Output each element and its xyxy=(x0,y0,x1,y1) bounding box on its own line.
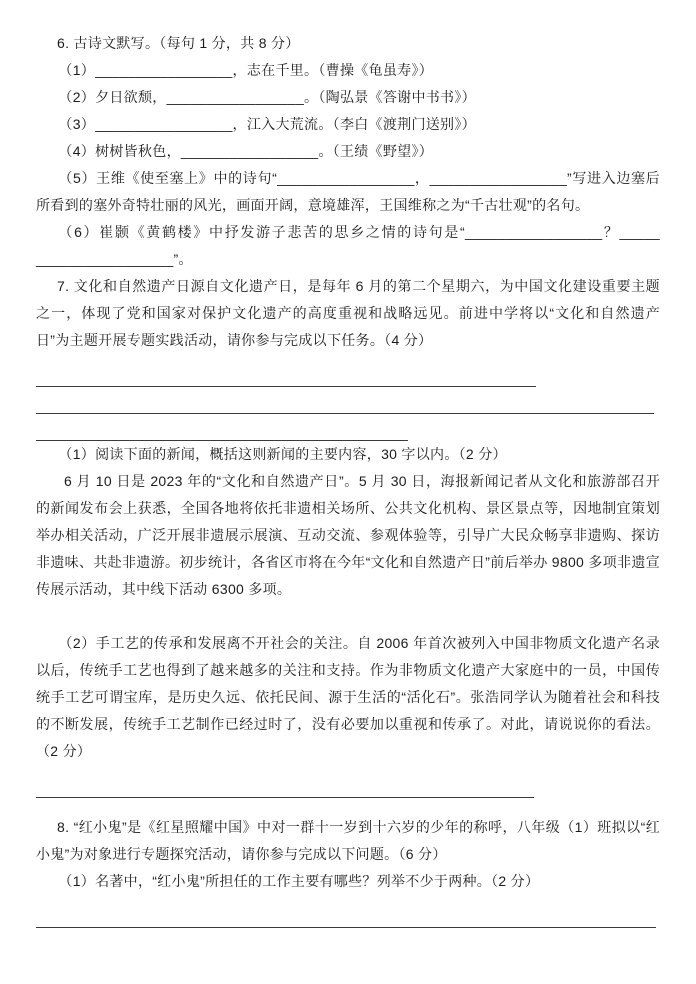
q7-sub1: （1）阅读下面的新闻，概括这则新闻的主要内容，30 字以内。（2 分） xyxy=(36,441,660,468)
q6-item-2: （2）夕日欲颓，_________________。（陶弘景《答谢中书书》） xyxy=(36,84,660,111)
question-8-intro: 8. “红小鬼”是《红星照耀中国》中对一群十一岁到十六岁的少年的称呼，八年级（1… xyxy=(36,814,660,868)
spacer xyxy=(36,798,660,814)
q6-item-3: （3）_________________，江入大荒流。（李白《渡荆门送别》） xyxy=(36,111,660,138)
q8-answer-lines xyxy=(36,901,660,928)
q6-item-1: （1）_________________，志在千里。（曹操《龟虽寿》） xyxy=(36,57,660,84)
answer-line xyxy=(36,387,654,414)
q7-answer-lines xyxy=(36,360,660,441)
question-6-header: 6. 古诗文默写。（每句 1 分，共 8 分） xyxy=(36,30,660,57)
q6-item-6: （6）崔颢《黄鹤楼》中抒发游子悲苦的思乡之情的诗句是“_____________… xyxy=(36,219,660,273)
answer-line xyxy=(36,360,536,387)
q8-sub1: （1）名著中，“红小鬼”所担任的工作主要有哪些？列举不少于两种。（2 分） xyxy=(36,868,660,895)
exam-paper-page: 6. 古诗文默写。（每句 1 分，共 8 分） （1）_____________… xyxy=(0,0,696,984)
question-7: 7. 文化和自然遗产日源自文化遗产日，是每年 6 月的第二个星期六，为中国文化建… xyxy=(36,273,660,798)
answer-line xyxy=(36,771,534,798)
q6-item-5: （5）王维《使至塞上》中的诗句“_________________，______… xyxy=(36,165,660,219)
q7-sub2-answer-lines xyxy=(36,771,660,798)
answer-line xyxy=(36,901,656,928)
q7-news-paragraph: 6 月 10 日是 2023 年的“文化和自然遗产日”。5 月 30 日，海报新… xyxy=(36,468,660,603)
question-6: 6. 古诗文默写。（每句 1 分，共 8 分） （1）_____________… xyxy=(36,30,660,273)
question-7-intro: 7. 文化和自然遗产日源自文化遗产日，是每年 6 月的第二个星期六，为中国文化建… xyxy=(36,273,660,354)
spacer xyxy=(36,603,660,630)
answer-line xyxy=(36,414,408,441)
q6-item-4: （4）树树皆秋色，_________________。（王绩《野望》） xyxy=(36,138,660,165)
q7-sub2: （2）手工艺的传承和发展离不开社会的关注。自 2006 年首次被列入中国非物质文… xyxy=(36,630,660,765)
question-8: 8. “红小鬼”是《红星照耀中国》中对一群十一岁到十六岁的少年的称呼，八年级（1… xyxy=(36,814,660,928)
